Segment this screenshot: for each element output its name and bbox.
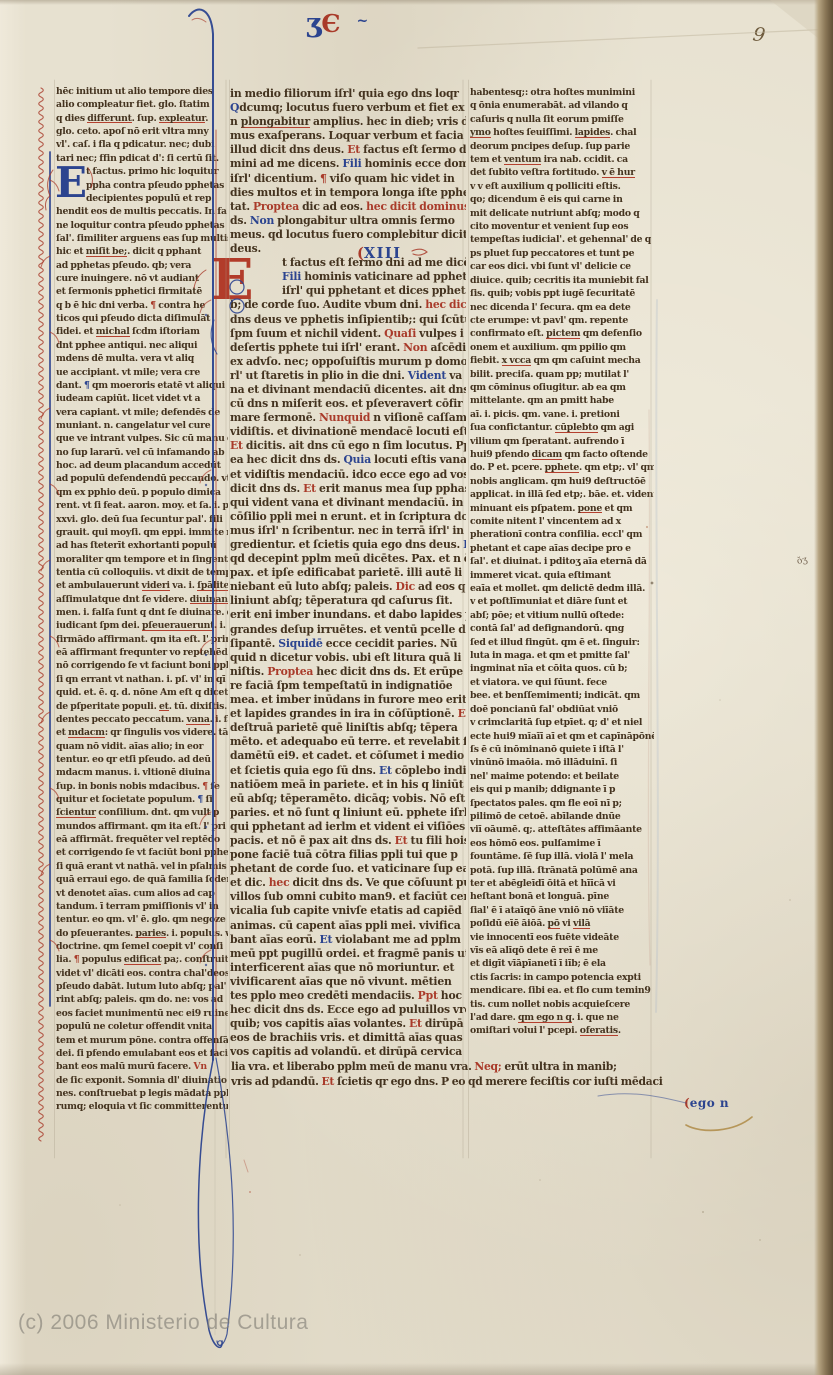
text-line: iſrl' qui pphetant et dices pphetāti bbox=[230, 284, 466, 298]
text-line: vl'. caſ. i fla q pdicatur. nec; dubi bbox=[56, 139, 228, 152]
text-line: et lapides grandes in ira in cōſūptionē.… bbox=[230, 707, 466, 721]
text-line: in medio filiorum iſrl' quia ego dns loq… bbox=[230, 87, 466, 101]
text-line: ſi quā erant vt nathā. vel in pſalmis bbox=[56, 861, 228, 874]
text-line: luta in maga. et qm et pmitte ſal' bbox=[470, 650, 654, 663]
text-line: habentesq;: otra hoſtes munimini bbox=[470, 87, 654, 100]
text-line: mare ſermonē. Nunquid n viſionē caſſam bbox=[230, 411, 466, 425]
text-line: ſal'. ſimiliter arguens eas ſup multis bbox=[56, 233, 228, 246]
text-line: aſſimulatque dnt ſe videre. diuinant bbox=[56, 594, 228, 607]
text-line: n plongabitur amplius. hec in dieb; vris… bbox=[230, 115, 466, 129]
text-line: det ſubito veſtra fortitudo. v ē hur bbox=[470, 167, 654, 180]
text-line: onem et auxilium. qm ppilio qm bbox=[470, 342, 654, 355]
text-line: mēto. et adequabo eū terre. et revelabit… bbox=[230, 735, 466, 749]
text-line: ſed et illud fingūt. qm ē et. ſinguir: bbox=[470, 637, 654, 650]
text-line: ſup. in bonis nobis mdacibus. ¶ ſe bbox=[56, 781, 228, 794]
text-line: muniant. n. cangelatur vel cure bbox=[56, 420, 228, 433]
text-line: abſ; pōe; et vitium nullū oſtede: bbox=[470, 610, 654, 623]
text-line: lia. ¶ populus edificat pa;. conſtruit bbox=[56, 954, 228, 967]
text-line: ſial' ē ī ataīqō āne vniō nō viīāte bbox=[470, 905, 654, 918]
text-line: animas. cū capent aīas ppli mei. vivific… bbox=[230, 919, 466, 933]
text-line: contā ſal' ad defignandorū. qng bbox=[470, 623, 654, 636]
catchword-text: ego n bbox=[690, 1096, 729, 1110]
text-line: ds. Non plongabitur ultra omnis ſermo bbox=[230, 214, 466, 228]
text-line: hēc initium ut alio tempore dies bbox=[56, 86, 228, 99]
folio-number: 9 bbox=[751, 23, 766, 47]
text-line: hoc. ad deum placandum accedūt bbox=[56, 460, 228, 473]
text-line: et ambulauerunt videri va. i. ſpāliter bbox=[56, 580, 228, 593]
text-line: vilium qm ſperatant. aufrendo ī bbox=[470, 436, 654, 449]
text-line: natiōem meā in pariete. et in his q lini… bbox=[230, 778, 466, 792]
text-line: mundos affirmant. qm ita eſt. l' pri bbox=[56, 821, 228, 834]
chapter-numeral: XIII bbox=[364, 245, 402, 262]
text-line: viī oāumē. q;. atteſtātes affimāante bbox=[470, 824, 654, 837]
text-line: vie innocentī eos fuēte videāte bbox=[470, 932, 654, 945]
text-line: vt denotet aīas. cum alios ad cap bbox=[56, 888, 228, 901]
text-line: pilimō de cetoē. abīlande dnūe bbox=[470, 811, 654, 824]
text-line: paries. et nō ſunt q liniunt eū. pphete … bbox=[230, 806, 466, 820]
text-line: bee. et benſſemimenti; indicāt. qm bbox=[470, 690, 654, 703]
text-line: ue accipiant. vt mile; vera cre bbox=[56, 367, 228, 380]
text-line: nobis anglicam. qm hui9 deſtructōē bbox=[470, 476, 654, 489]
text-line: deorum pncipes deſup. ſup parie bbox=[470, 141, 654, 154]
text-line: t factus eſt ſermo dni ad me dicēs. bbox=[230, 256, 466, 270]
text-line: liniunt abſq; tēperatura qd caſurus ſit. bbox=[230, 594, 466, 608]
text-line: tempeſtas iudicial'. et gehennal' de q bbox=[470, 234, 654, 247]
text-line: pherationī contra conſilia. eccl' qm bbox=[470, 529, 654, 542]
text-line: omiſtari volui l' pcepi. oferatis. bbox=[470, 1025, 654, 1038]
text-line: et corrigendo ſe vt faciūt boni pphe bbox=[56, 847, 228, 860]
text-line: illud dicit dns deus. Et factus eſt ſerm… bbox=[230, 143, 466, 157]
chapter-heading: (XIII bbox=[357, 245, 401, 262]
text-line: mittelante. qm an pmitt habe bbox=[470, 395, 654, 408]
text-line: tentur. eo qr etſi pſeudo. ad deū bbox=[56, 754, 228, 767]
text-line: hendit eos de multis peccatis. In fa bbox=[56, 206, 228, 219]
text-line: cito moventur et venient ſup eos bbox=[470, 221, 654, 234]
drop-cap-chapter-initial: E bbox=[211, 258, 254, 303]
text-line: hui9 pfendo dicam qm facto oſtende bbox=[470, 449, 654, 462]
text-line: iſrl' dicentium. ¶ viſo quam hic videt i… bbox=[230, 172, 466, 186]
text-line: qm ex pphio deū. p populo dimica bbox=[56, 487, 228, 500]
text-line: glo. ceto. apoſ nō erit vltra mny bbox=[56, 126, 228, 139]
text-line: dicit dns ds. Et erit manus mea ſup ppha… bbox=[230, 482, 466, 496]
text-line: ad populū defendendū peccando. vt pſ bbox=[56, 473, 228, 486]
text-line: applicat. in illā ſed etp;. bāe. et. vid… bbox=[470, 489, 654, 502]
text-line: nō corrigendo ſe vt faciunt boni pphe bbox=[56, 660, 228, 673]
text-line: mendicare. ſibi ea. et flo cum temin9 bbox=[470, 985, 654, 998]
text-line: Fili hominis vaticinare ad pphetas bbox=[230, 270, 466, 284]
text-line: aī. i. picis. qm. vane. i. pretioni bbox=[470, 409, 654, 422]
bottom-text-line-2: vris ad pdandū. Et ſcietis qr ego dns. P… bbox=[231, 1075, 663, 1088]
text-line: minuant eis pſpatem. pone et qm bbox=[470, 503, 654, 516]
text-line: mdacm manus. i. vltionē diuina bbox=[56, 767, 228, 780]
text-line: do pſeuerantes. paries. i. populus. vl' bbox=[56, 928, 228, 941]
text-line: mus exaſperans. Loquar verbum et facia bbox=[230, 129, 466, 143]
text-line: nel' maime potendo: et beilate bbox=[470, 771, 654, 784]
text-line: et ſermonis pphetici firmitatē bbox=[56, 286, 228, 299]
text-line: ticos qui pſeudo dicta diſimulāt bbox=[56, 313, 228, 326]
text-line: moraliter qm tempore et in ſingentib; bbox=[56, 554, 228, 567]
text-line: deus. bbox=[230, 242, 466, 256]
catchword: (ego n bbox=[684, 1096, 729, 1110]
text-line: mdens dē multa. vera vt aliq bbox=[56, 353, 228, 366]
text-line: caſuris q nulla ſit eorum pmiſſe bbox=[470, 114, 654, 127]
text-line: l'ad dare. qm ego n q. i. que ne bbox=[470, 1012, 654, 1025]
text-line: no ſup lararū. vel cū infamando ab bbox=[56, 447, 228, 460]
text-line: ſua confictantur. cūplebto qm agi bbox=[470, 422, 654, 435]
text-line: fidei. et michal ſcdm iſtoriam bbox=[56, 326, 228, 339]
text-line: eos de brachiis vris. et dimittā aīas qu… bbox=[230, 1031, 466, 1045]
text-line: ſis. quib; vobis ppt iugē ſecuritatē bbox=[470, 288, 654, 301]
text-line: phetant et cape aīas decipe pro e bbox=[470, 543, 654, 556]
text-line: phetant de corde ſuo. et vaticinare ſup … bbox=[230, 862, 466, 876]
text-line: que ve intrant vulpes. Sic cū manu de bbox=[56, 433, 228, 446]
text-line: qo; dicendum ē eis qui carne in bbox=[470, 194, 654, 207]
text-line: cure inuingere. nō vt audiant bbox=[56, 273, 228, 286]
text-line: mit delicate nutriunt abſq; modo q bbox=[470, 208, 654, 221]
text-line: fountāme. ſē ſup illā. violā l' mela bbox=[470, 851, 654, 864]
margin-annotation: ŏʒ bbox=[796, 555, 808, 567]
text-line: ad pphetas pſeudo. qb; vera bbox=[56, 260, 228, 273]
column-right-gloss: habentesq;: otra hoſtes muniminiq ōnia e… bbox=[470, 87, 654, 1039]
text-line: v v eſt auxilium q polliciti eſtis. bbox=[470, 181, 654, 194]
text-line: eū abſq; tēperamēto. dicāq; vobis. Nō eſ… bbox=[230, 792, 466, 806]
text-line: ctis ſacris: in campo potencia expti bbox=[470, 972, 654, 985]
text-line: meus. qd locutus fuero complebitur dicit… bbox=[230, 228, 466, 242]
text-line: grauit. qui moyſi. qm eppi. immite me bbox=[56, 527, 228, 540]
text-line: villos ſub omni cubito man9. et faciūt c… bbox=[230, 890, 466, 904]
text-line: tandum. ī terram pmiſſionis vl' in bbox=[56, 901, 228, 914]
text-line: eā affirmāt. frequēter vel reptēdo bbox=[56, 834, 228, 847]
text-line: populū ne coletur offendit vnita bbox=[56, 1021, 228, 1034]
text-line: ad has ſteterīt exhortanti populū bbox=[56, 540, 228, 553]
text-line: confirmato eſt. pictem qm defenſio bbox=[470, 328, 654, 341]
column-center-bible-text: in medio filiorum iſrl' quia ego dns loq… bbox=[230, 87, 466, 1059]
text-line: bant eos malū murū facere. Vn bbox=[56, 1061, 228, 1074]
text-line: v crimclaritā ſup etpīet. q; d' et niel bbox=[470, 717, 654, 730]
text-line: q ōnia enumerabāt. ad vilando q bbox=[470, 100, 654, 113]
text-line: eis qui p manib; ddignante ī p bbox=[470, 784, 654, 797]
text-line: dentes peccato peccatum. vana. i. falſa bbox=[56, 714, 228, 727]
text-line: ymo hoſtes ſeuiſſimi. lapides. chal bbox=[470, 127, 654, 140]
text-line: q b ē hic dni verba. ¶ contra he bbox=[56, 300, 228, 313]
text-line: et ſcietis quia ego ſū dns. Et cōplebo i… bbox=[230, 764, 466, 778]
text-line: damētū ei9. et cadet. et cōſumet i medio… bbox=[230, 749, 466, 763]
text-line: rent. vt ſi feat. aaron. moy. et ſa. i. … bbox=[56, 500, 228, 513]
text-line: vīs eā alīqō dete ē reī ē me bbox=[470, 945, 654, 958]
chapter-bracket: ( bbox=[357, 245, 364, 262]
text-line: ſpm ſuum et nichil vident. Quaſi vulpes … bbox=[230, 327, 466, 341]
text-line: et mdacm: qr ſingulis vos videre. tā bbox=[56, 727, 228, 740]
text-line: erit eni imber inundans. et dabo lapides… bbox=[230, 608, 466, 622]
text-line: men. i. falſa ſunt q dnt ſe diuinare. q bbox=[56, 607, 228, 620]
text-line: et viatora. ve qui ſūunt. fece bbox=[470, 677, 654, 690]
text-line: vinūnō imaōia. mō illāduinī. ſi bbox=[470, 757, 654, 770]
text-line: quitur et ſocietate populum. ¶ ſi bbox=[56, 794, 228, 807]
bottom-text-line-1: lia vra. et liberabo pplm meū de manu vr… bbox=[231, 1060, 663, 1073]
running-header-flourish: ~ bbox=[356, 13, 368, 29]
text-line: rint abſq; paleis. qm do. ne: vos ad bbox=[56, 994, 228, 1007]
text-line: eā affirmant frequnter vo reptehēdo bbox=[56, 647, 228, 660]
text-line: doctrine. qm ſemel coepit vl' conſi bbox=[56, 941, 228, 954]
text-line: hec dicit dns ds. Ecce ego ad puluillos … bbox=[230, 1003, 466, 1017]
text-line: ex advſo. nec; oppoſuiſtis murum p domo … bbox=[230, 355, 466, 369]
text-line: cōſilio ppli mei n erunt. et in ſcriptur… bbox=[230, 510, 466, 524]
text-line: et dic. hec dicit dns ds. Ve que cōſuunt… bbox=[230, 876, 466, 890]
text-line: tentur. eo qm. vl' ē. glo. qm negoze pſe… bbox=[56, 914, 228, 927]
text-line: alio compleatur fiet. glo. ſtatim bbox=[56, 99, 228, 112]
drop-cap-gloss-initial: E bbox=[55, 166, 87, 200]
running-header-glyph-red: Є bbox=[321, 9, 340, 38]
text-line: quid. et. ē. q. d. nōne Am eſt q dicetis bbox=[56, 687, 228, 700]
text-line: mini ad me dicens. Fili hominis ecce dom… bbox=[230, 157, 466, 171]
text-line: firmādo affirmant. qm ita eſt. l' prima bbox=[56, 634, 228, 647]
text-line: qui vident vana et divinant mendaciū. in bbox=[230, 496, 466, 510]
text-line: pacis. et nō ē pax ait dns ds. Et tu fil… bbox=[230, 834, 466, 848]
text-line: potā. ſup illā. ſtrānatā polūmē ana bbox=[470, 865, 654, 878]
text-line: bilit. preciſa. quam pp; mutilat l' bbox=[470, 369, 654, 382]
text-line: tis. cum nollet nobis acquieſcere bbox=[470, 999, 654, 1012]
text-line: eos hōmō eos. pulſamime ī bbox=[470, 838, 654, 851]
text-line: ſpectatos pales. qm fle eoī nī p; bbox=[470, 798, 654, 811]
page-top-edge bbox=[0, 0, 833, 5]
text-line: ſcientur conſilium. dnt. qm vult p bbox=[56, 807, 228, 820]
text-line: q dies differunt. ſup. expleatur. bbox=[56, 113, 228, 126]
text-line: dei. ſi pfendo emulabant eos et facie bbox=[56, 1048, 228, 1061]
text-line: tes pplo meo credēti mendaciis. Ppt hoc bbox=[230, 989, 466, 1003]
text-line: rl' ut ſtaretis in plio in die dni. Vide… bbox=[230, 369, 466, 383]
text-line: qd decepint pplm meū dicētes. Pax. et n … bbox=[230, 552, 466, 566]
text-line: mea. et imber inūdans in furore meo erit bbox=[230, 693, 466, 707]
text-line: cū dns n miſerit eos. et pſeveravert cōf… bbox=[230, 397, 466, 411]
text-line: vos capitis ad volandū. et dirūpā cervic… bbox=[230, 1045, 466, 1059]
text-line: grandes deſup irruētes. et ventū pcelle … bbox=[230, 623, 466, 637]
text-line: tem et ventum ira nab. ccidit. ca bbox=[470, 154, 654, 167]
text-line: doē poncianū fal' obdiūat vniō bbox=[470, 704, 654, 717]
text-line: qm cōminus oſiugitur. ab ea qm bbox=[470, 382, 654, 395]
text-line: Et dicitis. ait dns cū ego n ſim locutus… bbox=[230, 439, 466, 453]
text-line: re faciā ſpm tempeſtatū in indignatiōe bbox=[230, 679, 466, 693]
text-line: ne loquitur contra pſeudo pphetas bbox=[56, 220, 228, 233]
text-line: iudicant ſpm dei. pſeuerauerunt. i. bbox=[56, 620, 228, 633]
text-line: heſtant bonā et longuā. pīne bbox=[470, 891, 654, 904]
text-line: et digīt vīāpīanetī ī iīb; ē ela bbox=[470, 958, 654, 971]
text-line: cte erumpe: vt pavl' qm. repente bbox=[470, 315, 654, 328]
text-line: qui pphetant ad ierlm et vident ei viſiō… bbox=[230, 820, 466, 834]
text-line: car eos dici. vbi ſunt vl' delicie ce bbox=[470, 261, 654, 274]
page-left-edge bbox=[0, 0, 26, 1375]
text-line: iudeam capiūt. licet videt vt a bbox=[56, 393, 228, 406]
text-line: ſs ē cū inōminanō quiete ī iſtā l' bbox=[470, 744, 654, 757]
text-line: tentia cū colloquiis. vt dixit de temp bbox=[56, 567, 228, 580]
text-line: eos faciet munimentū nec ei9 ruine bbox=[56, 1008, 228, 1021]
text-line: mus iſrl' n ſcribentur. nec in terrā iſr… bbox=[230, 524, 466, 538]
text-line: niebant eū luto abſq; paleis. Dic ad eos… bbox=[230, 580, 466, 594]
text-line: ſipantē. Siquidē ecce cecidit paries. Nū bbox=[230, 637, 466, 651]
text-line: quid n dicetur vobis. ubi eſt litura quā… bbox=[230, 651, 466, 665]
text-line: ter et abēgleīdī ōitā et hīīcā vi bbox=[470, 878, 654, 891]
text-line: quam nō vidit. aīas alio; in eor bbox=[56, 741, 228, 754]
text-line: tat. Proptea dic ad eos. hec dicit domin… bbox=[230, 200, 466, 214]
text-line: pſeudo dabāt. lutum luto abſq; pal' bbox=[56, 981, 228, 994]
running-header-glyph-blue: ʒ bbox=[306, 8, 321, 39]
text-line: ſal'. et diuinat. i pditoʒ aīa eternā dā bbox=[470, 556, 654, 569]
manuscript-page: ʒЄ~ 9 hēc initium ut alio tempore diesal… bbox=[0, 0, 833, 1375]
running-header: ʒЄ~ bbox=[306, 8, 352, 39]
text-line: dns deus ve pphetis inſipientib;: qui ſc… bbox=[230, 313, 466, 327]
text-line: nes. conſtruebat p legis mādata pphe bbox=[56, 1088, 228, 1101]
text-line: niſtis. Proptea hec dicit dns ds. Et erū… bbox=[230, 665, 466, 679]
text-line: immeret vicat. quia eſtimant bbox=[470, 570, 654, 583]
text-line: videt vl' dicāti eos. contra chal'deos bbox=[56, 968, 228, 981]
text-line: quā erraui ego. de quā familia ſcdem bbox=[56, 874, 228, 887]
text-line: quib; vos capitis aīas volantes. Et dirū… bbox=[230, 1017, 466, 1031]
text-line: dnt pphee antiqui. nec aliqui bbox=[56, 340, 228, 353]
text-line: ps pluet ſup peccatores et tunt pe bbox=[470, 248, 654, 261]
text-line: ingminat nīa et cōita quos. cū b; bbox=[470, 663, 654, 676]
text-line: gredientur. et ſcietis quia ego dns deus… bbox=[230, 538, 466, 552]
text-line: poſidū eīē āiōā. pō vi vilā bbox=[470, 918, 654, 931]
text-line: de ſic exponit. Somnia dl' diuinatio bbox=[56, 1075, 228, 1088]
text-line: hic et miſit be;. dicit q pphant bbox=[56, 246, 228, 259]
text-line: dies multos et in tempora longa iſte pph… bbox=[230, 186, 466, 200]
page-bottom-edge bbox=[0, 1363, 833, 1375]
text-line: pone faciē tuā cōtra filias ppli tui que… bbox=[230, 848, 466, 862]
text-line: comite nitent l' vincentem ad x bbox=[470, 516, 654, 529]
text-line: pax. et ipſe edificabat parietē. illi au… bbox=[230, 566, 466, 580]
text-line: deſertis pphete tui iſrl' erant. Non aſc… bbox=[230, 341, 466, 355]
text-line: na et divinant mendaciū dicentes. ait dn… bbox=[230, 383, 466, 397]
text-line: xxvi. glo. deū ſua ſecuntur pal'. fili bbox=[56, 514, 228, 527]
text-line: v et poſtlīmuniat et diāre ſunt et bbox=[470, 596, 654, 609]
column-left-gloss: hēc initium ut alio tempore diesalio com… bbox=[56, 86, 228, 1115]
book-edge-strip bbox=[814, 0, 833, 1375]
text-line: ſi qn errant vt nathan. i. pſ. vl' in qī bbox=[56, 674, 228, 687]
text-line: dant. ¶ qm moeroris etatē vt aliqui bbox=[56, 380, 228, 393]
text-line: b; de corde ſuo. Audite vbum dni. hec di… bbox=[230, 298, 466, 312]
text-line: Qdcumq; locutus fuero verbum et fiet ex bbox=[230, 101, 466, 115]
text-line: ecte hui9 mīaīī aī et qm et capīnāpōnē bbox=[470, 731, 654, 744]
text-line: rumq; eloquia vt ſic committerentur. bbox=[56, 1101, 228, 1114]
text-line: eaīa et mollet. qm delictē dedm illā. bbox=[470, 583, 654, 596]
text-line: bant aīas eorū. Et violabant me ad pplm bbox=[230, 933, 466, 947]
text-line: vivificarent aīas que nō vivunt. mētien bbox=[230, 975, 466, 989]
text-line: diuice. quib; cecritis ita muniebit fal bbox=[470, 275, 654, 288]
text-line: fiebit. x vcca qm qm caſuint mecha bbox=[470, 355, 654, 368]
text-line: deſtruā parietē quē liniſtis abſq; tēper… bbox=[230, 721, 466, 735]
text-line: meū ppt pugillū ordei. et fragmē panis u… bbox=[230, 947, 466, 961]
text-line: do. P et. pcere. pphete. qm etp;. vl' qm… bbox=[470, 462, 654, 475]
text-line: de pſperitate populi. et. tū. dixiſtis. … bbox=[56, 701, 228, 714]
text-line: interficerent aīas que nō moriuntur. et bbox=[230, 961, 466, 975]
text-line: vidiſtis. et divinationē mendacē locuti … bbox=[230, 425, 466, 439]
copyright-watermark: (c) 2006 Ministerio de Cultura bbox=[18, 1311, 308, 1335]
text-line: nec dicenda l' ſecura. qm ea dete bbox=[470, 302, 654, 315]
text-line: vera capiant. vt mile; defendēs de bbox=[56, 407, 228, 420]
text-line: et vidiſtis mendaciū. idco ecce ego ad v… bbox=[230, 468, 466, 482]
text-line: vicalia ſub capite vnivſe etatis ad capi… bbox=[230, 904, 466, 918]
text-line: ea hec dicit dns ds. Quia locuti eſtis v… bbox=[230, 453, 466, 467]
text-line: tem et murum pōne. contra offenſā bbox=[56, 1035, 228, 1048]
